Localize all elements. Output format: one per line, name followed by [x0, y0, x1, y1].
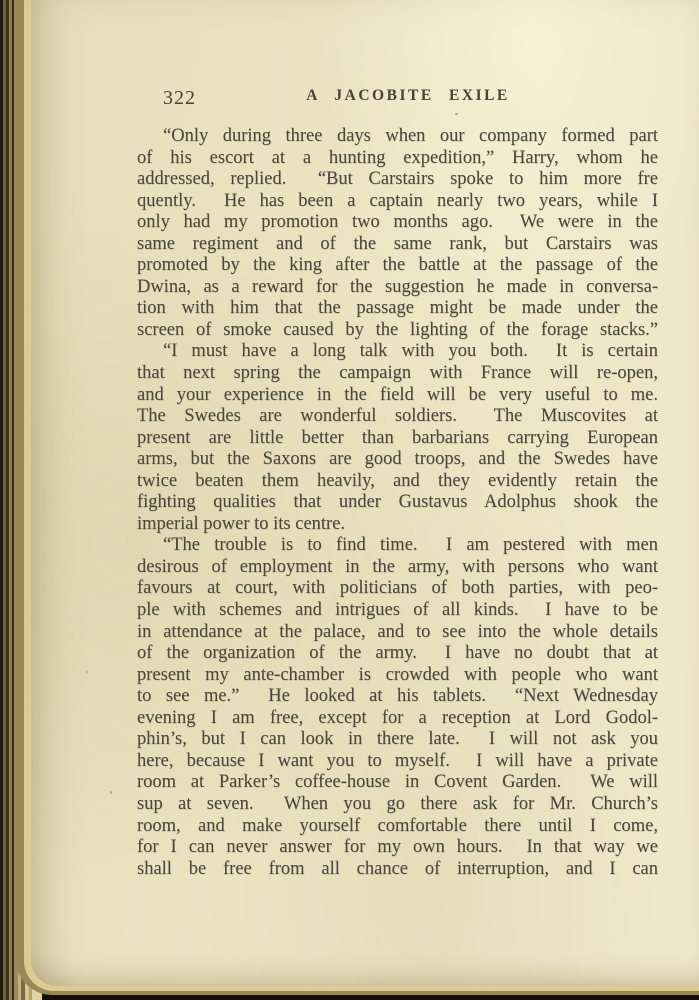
text-line: only had my promotion two months ago. We… — [137, 212, 658, 234]
paragraph: “Only during three days when our company… — [137, 126, 658, 341]
ink-speck — [110, 791, 112, 794]
text-line: of the organization of the army. I have … — [137, 643, 658, 665]
paragraph: “I must have a long talk with you both. … — [137, 341, 658, 535]
text-line: promoted by the king after the battle at… — [137, 255, 658, 277]
text-line: Dwina, as a reward for the suggestion he… — [137, 277, 658, 299]
text-line: quently. He has been a captain nearly tw… — [137, 191, 658, 213]
page-number: 322 — [163, 87, 196, 110]
text-line: evening I am free, except for a receptio… — [137, 708, 658, 730]
text-line: phin’s, but I can look in there late. I … — [137, 729, 658, 751]
text-line: present my ante-chamber is crowded with … — [137, 665, 658, 687]
text-line: to see me.” He looked at his tablets. “N… — [137, 686, 658, 708]
text-line: imperial power to its centre. — [137, 514, 658, 536]
text-line: fighting qualities that under Gustavus A… — [137, 492, 658, 514]
text-line: for I can never answer for my own hours.… — [137, 837, 658, 859]
text-line: that next spring the campaign with Franc… — [137, 363, 658, 385]
ink-speck — [86, 671, 88, 673]
text-line: screen of smoke caused by the lighting o… — [137, 320, 658, 342]
text-line: addressed, replied. “But Carstairs spoke… — [137, 169, 658, 191]
text-line: shall be free from all chance of interru… — [137, 859, 658, 881]
book-scan: 322 A JACOBITE EXILE “Only during three … — [0, 0, 699, 1000]
page-body: “Only during three days when our company… — [137, 126, 658, 880]
text-line: in attendance at the palace, and to see … — [137, 622, 658, 644]
text-line: desirous of employment in the army, with… — [137, 557, 658, 579]
text-line: room at Parker’s coffee-house in Covent … — [137, 772, 658, 794]
text-line: and your experience in the field will be… — [137, 385, 658, 407]
text-line: arms, but the Saxons are good troops, an… — [137, 449, 658, 471]
text-line: ple with schemes and intrigues of all ki… — [137, 600, 658, 622]
text-line: “I must have a long talk with you both. … — [137, 341, 658, 363]
page-header: 322 A JACOBITE EXILE — [137, 87, 661, 111]
paragraph: “The trouble is to find time. I am peste… — [137, 535, 658, 880]
text-line: “The trouble is to find time. I am peste… — [137, 535, 658, 557]
text-line: of his escort at a hunting expedition,” … — [137, 148, 658, 170]
text-line: tion with him that the passage might be … — [137, 298, 658, 320]
text-line: present are little better than barbarian… — [137, 428, 658, 450]
ink-speck — [455, 113, 458, 115]
text-line: here, because I want you to myself. I wi… — [137, 751, 658, 773]
text-line: sup at seven. When you go there ask for … — [137, 794, 658, 816]
running-title: A JACOBITE EXILE — [137, 87, 661, 105]
text-line: The Swedes are wonderful soldiers. The M… — [137, 406, 658, 428]
text-line: room, and make yourself comfortable ther… — [137, 816, 658, 838]
text-line: same regiment and of the same rank, but … — [137, 234, 658, 256]
text-line: “Only during three days when our company… — [137, 126, 658, 148]
text-line: twice beaten them heavily, and they evid… — [137, 471, 658, 493]
text-line: favours at court, with politicians of bo… — [137, 578, 658, 600]
book-page: 322 A JACOBITE EXILE “Only during three … — [31, 0, 699, 986]
